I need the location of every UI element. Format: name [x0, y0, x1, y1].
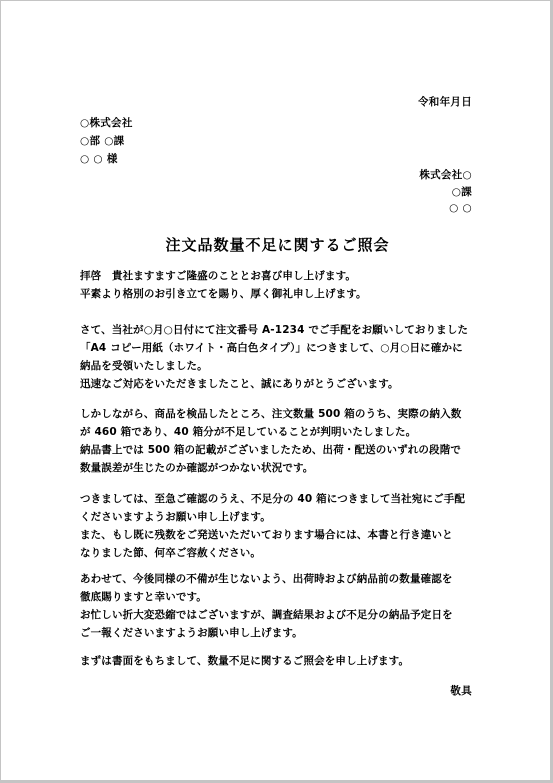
- body-line: しかしながら、商品を検品したところ、注文数量 500 箱のうち、実際の納入数: [80, 405, 480, 423]
- body-line: さて、当社が○月○日付にて注文番号 A-1234 でご手配をお願いしておりました: [80, 321, 480, 339]
- body-line: 「A4 コピー用紙（ホワイト・高白色タイプ）」につきまして、○月○日に確かに: [80, 339, 480, 357]
- closing-keigu: 敬具: [450, 684, 472, 698]
- letter-date: 令和年月日: [418, 95, 472, 109]
- paragraph-order-received: さて、当社が○月○日付にて注文番号 A-1234 でご手配をお願いしておりました…: [80, 321, 480, 393]
- sender-section: ○課: [452, 185, 472, 199]
- body-line: 迅速なご対応をいただきましたこと、誠にありがとうございます。: [80, 375, 480, 393]
- body-line: あわせて、今後同様の不備が生じないよう、出荷時および納品前の数量確認を: [80, 570, 480, 588]
- letter-title: 注文品数量不足に関するご照会: [1, 235, 553, 255]
- body-line: 徹底賜りますと幸いです。: [80, 588, 480, 606]
- paragraph-prevention-request: あわせて、今後同様の不備が生じないよう、出荷時および納品前の数量確認を 徹底賜り…: [80, 570, 480, 642]
- body-line: 納品書上では 500 箱の記載がございましたため、出荷・配送のいずれの段階で: [80, 441, 480, 459]
- paragraph-greeting: 拝啓 貴社ますますご隆盛のこととお喜び申し上げます。 平素より格別のお引き立てを…: [80, 267, 480, 303]
- body-line: 数量誤差が生じたのか確認がつかない状況です。: [80, 459, 480, 477]
- body-line: つきましては、至急ご確認のうえ、不足分の 40 箱につきまして当社宛にご手配: [80, 490, 480, 508]
- paragraph-conclusion: まずは書面をもちまして、数量不足に関するご照会を申し上げます。: [80, 652, 480, 670]
- body-line: お忙しい折大変恐縮ではございますが、調査結果および不足分の納品予定日を: [80, 606, 480, 624]
- body-line: また、もし既に残数をご発送いただいております場合には、本書と行き違いと: [80, 526, 480, 544]
- body-line: 平素より格別のお引き立てを賜り、厚く御礼申し上げます。: [80, 285, 480, 303]
- recipient-company: ○株式会社: [80, 116, 133, 130]
- recipient-department: ○部 ○課: [80, 134, 124, 148]
- body-line: なりました節、何卒ご容赦ください。: [80, 544, 480, 562]
- sender-name: ○ ○: [449, 201, 472, 215]
- paragraph-shortage-found: しかしながら、商品を検品したところ、注文数量 500 箱のうち、実際の納入数 が…: [80, 405, 480, 477]
- body-line: ご一報くださいますようお願い申し上げます。: [80, 624, 480, 642]
- body-line: 納品を受領いたしました。: [80, 357, 480, 375]
- paragraph-request-shipment: つきましては、至急ご確認のうえ、不足分の 40 箱につきまして当社宛にご手配 く…: [80, 490, 480, 562]
- body-line: が 460 箱であり、40 箱分が不足していることが判明いたしました。: [80, 423, 480, 441]
- sender-company: 株式会社○: [419, 168, 472, 182]
- body-line: まずは書面をもちまして、数量不足に関するご照会を申し上げます。: [80, 652, 480, 670]
- body-line: くださいますようお願い申し上げます。: [80, 508, 480, 526]
- recipient-name: ○ ○ 様: [80, 152, 118, 166]
- document-page: 令和年月日 ○株式会社 ○部 ○課 ○ ○ 様 株式会社○ ○課 ○ ○ 注文品…: [0, 0, 553, 783]
- body-line: 拝啓 貴社ますますご隆盛のこととお喜び申し上げます。: [80, 267, 480, 285]
